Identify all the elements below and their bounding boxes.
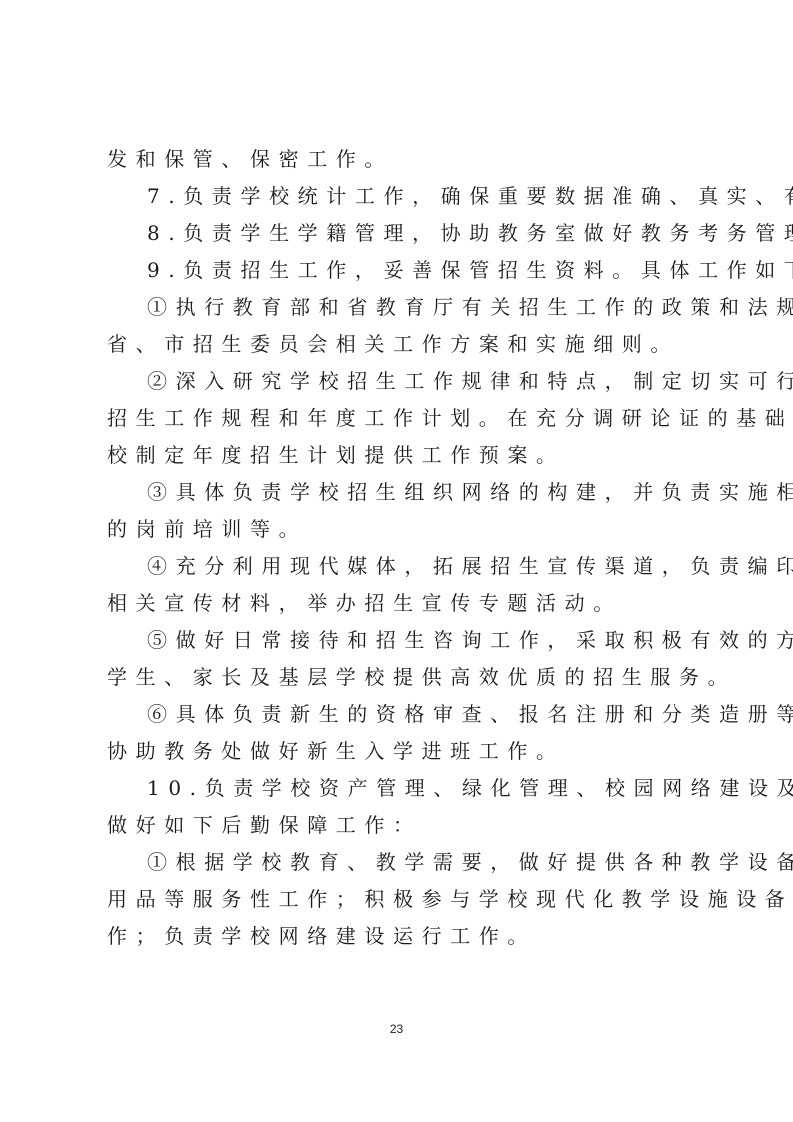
text-line: ⑤做好日常接待和招生咨询工作，采取积极有效的方式，为 [107,622,697,659]
text-line: ③具体负责学校招生组织网络的构建，并负责实施相关人员 [107,474,697,511]
text-line: 学生、家长及基层学校提供高效优质的招生服务。 [107,659,697,696]
text-line: ②深入研究学校招生工作规律和特点，制定切实可行的学校 [107,363,697,400]
document-body: 发和保管、保密工作。 7.负责学校统计工作，确保重要数据准确、真实、有效。 8.… [107,141,697,955]
text-line: 7.负责学校统计工作，确保重要数据准确、真实、有效。 [107,178,697,215]
text-line: 发和保管、保密工作。 [107,141,697,178]
text-line: 招生工作规程和年度工作计划。在充分调研论证的基础上，为学 [107,400,697,437]
text-line: ①执行教育部和省教育厅有关招生工作的政策和法规，落实 [107,289,697,326]
text-line: 做好如下后勤保障工作： [107,807,697,844]
text-line: 10.负责学校资产管理、绿化管理、校园网络建设及管理等， [107,770,697,807]
text-line: 相关宣传材料，举办招生宣传专题活动。 [107,585,697,622]
text-line: 8.负责学生学籍管理，协助教务室做好教务考务管理工作。 [107,215,697,252]
text-line: 省、市招生委员会相关工作方案和实施细则。 [107,326,697,363]
text-line: ④充分利用现代媒体，拓展招生宣传渠道，负责编印、寄发 [107,548,697,585]
text-line: ①根据学校教育、教学需要，做好提供各种教学设备和办公 [107,844,697,881]
text-line: 作；负责学校网络建设运行工作。 [107,918,697,955]
page-number: 23 [0,1022,793,1036]
text-line: 9.负责招生工作，妥善保管招生资料。具体工作如下： [107,252,697,289]
text-line: 校制定年度招生计划提供工作预案。 [107,437,697,474]
text-line: 的岗前培训等。 [107,511,697,548]
text-line: 协助教务处做好新生入学进班工作。 [107,733,697,770]
text-line: ⑥具体负责新生的资格审查、报名注册和分类造册等工作， [107,696,697,733]
text-line: 用品等服务性工作；积极参与学校现代化教学设施设备的建设工 [107,881,697,918]
